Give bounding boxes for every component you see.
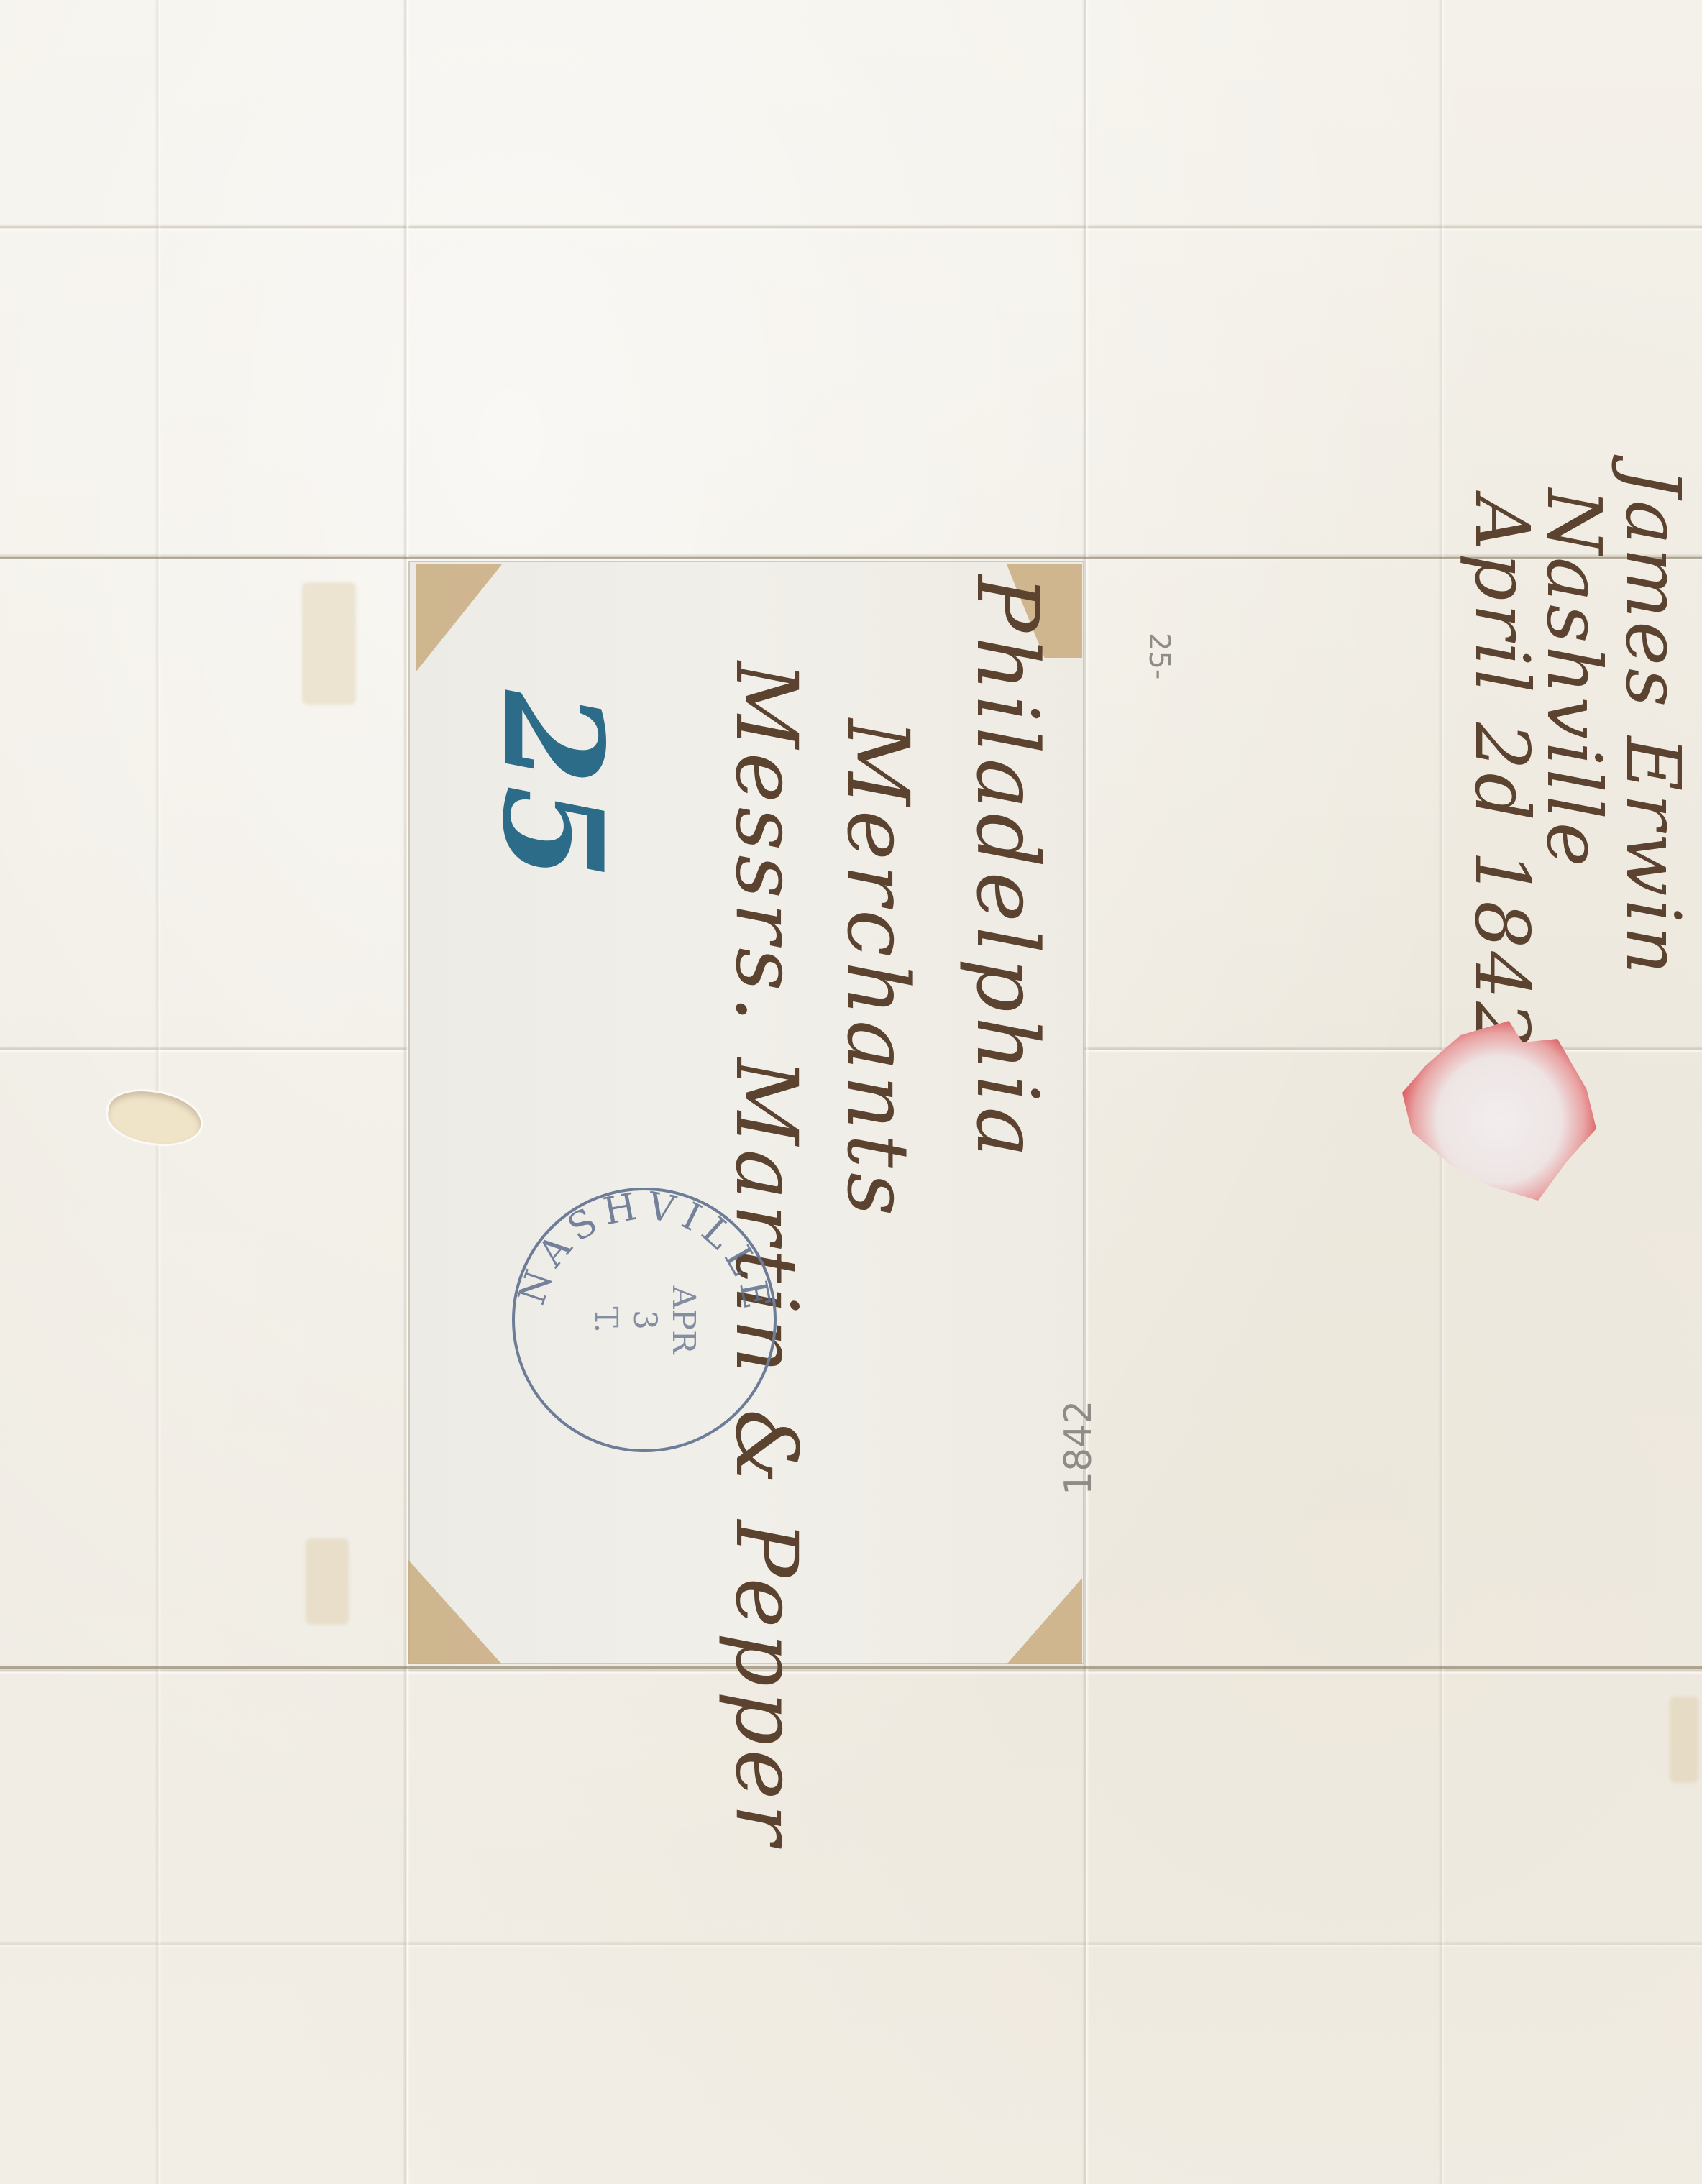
rate-mark: 25	[472, 690, 633, 880]
postmark-day: 3	[625, 1286, 664, 1354]
fold-line	[0, 1941, 1702, 1948]
pencil-year-note: 1842	[1057, 1400, 1100, 1495]
postmark-state: T.	[586, 1286, 625, 1354]
seal-tear-hole	[105, 1086, 204, 1149]
letter-sheet: 25 Messrs. Martin & Pepper Merchants Phi…	[0, 0, 1702, 2184]
address-line-2: Merchants	[828, 719, 928, 1220]
pencil-rate-note: 25-	[1143, 633, 1176, 679]
docket-line-3: April 2d 1842	[1458, 496, 1546, 1052]
docket-line-1: James Erwin	[1609, 467, 1697, 977]
fold-line	[0, 1668, 1702, 1675]
postmark-month: APR	[664, 1286, 703, 1354]
flap-edge	[0, 557, 1702, 559]
postmark-date: APR 3 T.	[586, 1286, 703, 1354]
postmark: NASHVILLE APR 3 T.	[512, 1188, 777, 1452]
address-line-3: Philadelphia	[958, 575, 1057, 1162]
stain	[302, 582, 356, 705]
fold-line	[0, 224, 1702, 231]
stain	[1670, 1697, 1698, 1783]
flap-edge	[0, 1666, 1702, 1669]
stain	[306, 1538, 349, 1625]
